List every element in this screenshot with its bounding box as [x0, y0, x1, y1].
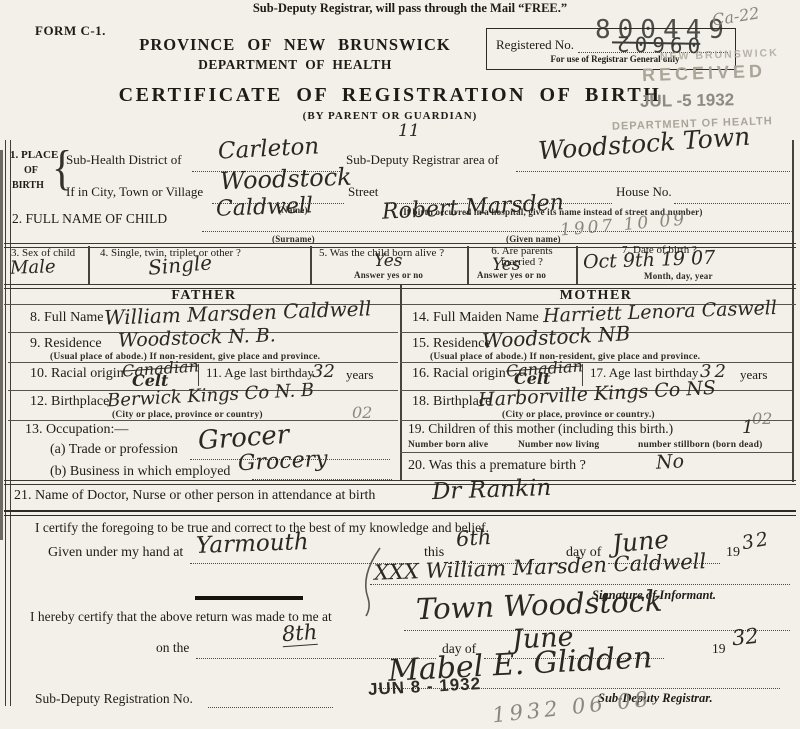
registrar-area-line — [516, 170, 790, 172]
mother-row-rule-2 — [400, 362, 792, 363]
premature-value: No — [655, 451, 684, 473]
certificate-title: CERTIFICATE OF REGISTRATION OF BIRTH — [110, 84, 670, 106]
department-heading: DEPARTMENT OF HEALTH — [115, 58, 475, 73]
mail-free-note: Sub-Deputy Registrar, will pass through … — [150, 2, 670, 16]
business-value: Grocery — [237, 448, 328, 477]
father-residence-value: Woodstock N. B. — [118, 325, 276, 351]
children-note-2: Number now living — [518, 440, 599, 450]
rule-above-certification — [4, 510, 796, 516]
father-age-unit: years — [346, 368, 373, 382]
father-racial-age-divider — [198, 364, 199, 386]
sex-value: Male — [10, 257, 56, 278]
parents-married-label-2: married ? — [470, 256, 574, 268]
heavy-ink-mark — [195, 596, 303, 600]
form-number: FORM C-1. — [35, 24, 106, 38]
right-border-rule — [792, 140, 794, 482]
bottom-pencil-date: 1932 06 08 — [491, 688, 653, 728]
child-surname-value: Caldwell — [216, 194, 314, 222]
registered-no-label: Registered No. — [496, 38, 574, 52]
on-the-label: on the — [156, 641, 189, 656]
given-place-value: Yarmouth — [196, 530, 309, 559]
city-value: Woodstock — [220, 164, 353, 195]
father-birthplace-pencil: 02 — [352, 404, 372, 422]
father-name-label: 8. Full Name — [30, 310, 104, 325]
mother-residence-label: 15. Residence — [412, 336, 491, 351]
trade-label: (a) Trade or profession — [50, 442, 178, 457]
father-residence-label: 9. Residence — [30, 336, 102, 351]
province-heading: PROVINCE OF NEW BRUNSWICK — [115, 36, 475, 54]
registrar-area-label: Sub-Deputy Registrar area of — [346, 153, 499, 167]
father-racial-label: 10. Racial origin — [30, 366, 124, 381]
born-alive-value: Yes — [374, 252, 403, 271]
father-row-rule-2 — [8, 362, 398, 363]
children-note-3: number stillborn (born dead) — [638, 440, 762, 450]
this-value: 6th — [455, 526, 492, 552]
certificate-subtitle: (BY PARENT OR GUARDIAN) — [110, 110, 670, 122]
business-label: (b) Business in which employed — [50, 464, 230, 479]
return-year-prefix: 19 — [712, 642, 726, 657]
jun8-date-stamp: JUN 8 - 1932 — [368, 675, 482, 700]
occupation-label: 13. Occupation:— — [25, 422, 128, 437]
pencil-code: Ca-22 — [711, 4, 761, 29]
place-label-3: BIRTH — [12, 180, 44, 191]
area-number-handwritten: 11 — [398, 122, 420, 141]
left-border-rule — [5, 140, 11, 706]
birth-certificate-scan: Sub-Deputy Registrar, will pass through … — [0, 0, 800, 729]
children-label: 19. Children of this mother (including t… — [408, 422, 673, 437]
house-no-line — [674, 202, 790, 204]
divider-3-4 — [88, 246, 90, 284]
cert-year-prefix: 19 — [726, 545, 740, 560]
born-alive-note: Answer yes or no — [354, 271, 423, 281]
received-stamp-date: JUL -5 1932 — [640, 91, 735, 111]
divider-4-5 — [310, 246, 312, 284]
children-note-1: Number born alive — [408, 440, 488, 450]
premature-label: 20. Was this a premature birth ? — [408, 458, 586, 473]
district-label: Sub-Health District of — [66, 153, 182, 167]
informant-signature-line — [370, 583, 790, 585]
street-label: Street — [348, 185, 378, 199]
rule-above-attendant — [4, 480, 796, 485]
parents-married-note: Answer yes or no — [477, 271, 546, 281]
divider-5-6 — [467, 246, 469, 284]
return-day-value: 8th — [281, 621, 318, 647]
father-birthplace-label: 12. Birthplace — [30, 394, 109, 409]
attendant-value: Dr Rankin — [432, 476, 552, 505]
father-birthplace-note: (City or place, province or country) — [112, 410, 263, 420]
sub-deputy-reg-no-label: Sub-Deputy Registration No. — [35, 692, 193, 707]
mother-row-rule-5 — [400, 452, 792, 453]
sub-deputy-reg-no-line — [208, 706, 333, 708]
father-row-rule-4 — [8, 420, 398, 421]
children-value: 1 — [742, 418, 753, 438]
child-given-value: Robert Marsden — [381, 191, 564, 225]
child-name-label: 2. FULL NAME OF CHILD — [12, 212, 167, 227]
given-under-hand-label: Given under my hand at — [48, 545, 183, 560]
received-stamp-received: RECEIVED — [642, 62, 767, 86]
single-twin-value: Single — [147, 251, 213, 278]
attendant-label: 21. Name of Doctor, Nurse or other perso… — [14, 488, 375, 503]
mother-birthplace-note: (City or place, province or country.) — [502, 410, 655, 420]
mother-residence-value: Woodstock NB — [482, 322, 631, 352]
divider-6-7 — [576, 246, 578, 284]
mother-birthplace-pencil: 02 — [752, 410, 772, 428]
mother-name-label: 14. Full Maiden Name — [412, 310, 539, 325]
mother-racial-label: 16. Racial origin — [412, 366, 506, 381]
return-year-value: 32 — [731, 625, 760, 651]
father-age-value: 32 — [312, 362, 335, 382]
registrar-area-value: Woodstock Town — [537, 123, 751, 165]
binding-shadow — [0, 150, 3, 540]
dob-value: Oct 9th 19 07 — [583, 248, 716, 273]
city-label: If in City, Town or Village — [66, 185, 203, 199]
dob-note: Month, day, year — [644, 272, 713, 282]
district-value: Carleton — [217, 134, 319, 165]
cert-year-value: 32 — [740, 529, 771, 554]
child-name-line — [202, 230, 792, 232]
father-age-label: 11. Age last birthday — [206, 366, 314, 380]
place-label-2: OF — [24, 165, 38, 176]
mother-age-unit: years — [740, 368, 767, 382]
return-place-value: Town Woodstock — [416, 586, 663, 626]
father-mother-divider — [400, 285, 402, 480]
house-no-label: House No. — [616, 185, 672, 199]
